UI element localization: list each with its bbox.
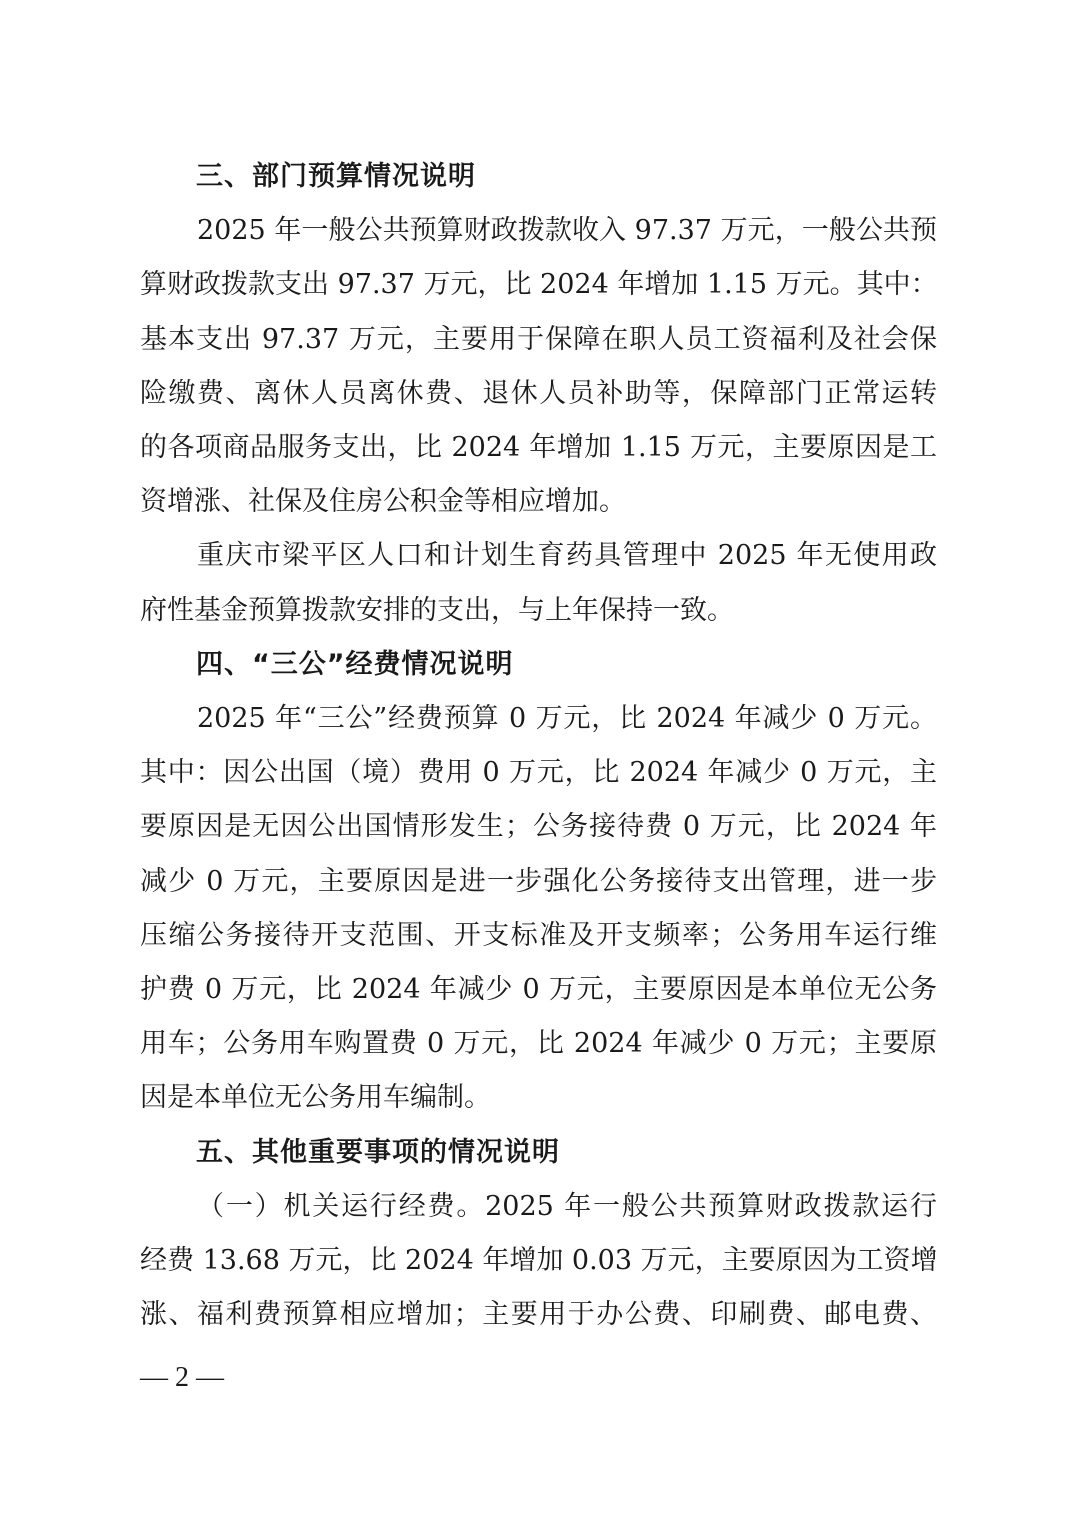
text-line: 重庆市梁平区人口和计划生育药具管理中 2025 年无使用政 (140, 529, 937, 583)
text-line: 减少 0 万元，主要原因是进一步强化公务接待支出管理，进一步 (140, 855, 937, 909)
text-line: 其中：因公出国（境）费用 0 万元，比 2024 年减少 0 万元，主 (140, 746, 937, 800)
text-line: 基本支出 97.37 万元，主要用于保障在职人员工资福利及社会保 (140, 313, 937, 367)
text-line: 涨、福利费预算相应增加；主要用于办公费、印刷费、邮电费、 (140, 1288, 937, 1342)
paragraph: 2025 年“三公”经费预算 0 万元，比 2024 年减少 0 万元。 其中：… (140, 692, 937, 1126)
paragraph: 2025 年一般公共预算财政拨款收入 97.37 万元，一般公共预 算财政拨款支… (140, 204, 937, 529)
section-heading-4: 四、“三公”经费情况说明 (140, 638, 937, 692)
text-line: （一）机关运行经费。2025 年一般公共预算财政拨款运行 (140, 1180, 937, 1234)
paragraph: 重庆市梁平区人口和计划生育药具管理中 2025 年无使用政 府性基金预算拨款安排… (140, 529, 937, 637)
section-heading-3: 三、部门预算情况说明 (140, 150, 937, 204)
text-line: 因是本单位无公务用车编制。 (140, 1071, 937, 1125)
text-line: 算财政拨款支出 97.37 万元，比 2024 年增加 1.15 万元。其中： (140, 258, 937, 312)
text-line: 的各项商品服务支出，比 2024 年增加 1.15 万元，主要原因是工 (140, 421, 937, 475)
page-number: — 2 — (140, 1362, 224, 1394)
section-heading-5: 五、其他重要事项的情况说明 (140, 1126, 937, 1180)
text-line: 护费 0 万元，比 2024 年减少 0 万元，主要原因是本单位无公务 (140, 963, 937, 1017)
text-line: 经费 13.68 万元，比 2024 年增加 0.03 万元，主要原因为工资增 (140, 1234, 937, 1288)
text-line: 用车；公务用车购置费 0 万元，比 2024 年减少 0 万元；主要原 (140, 1017, 937, 1071)
text-line: 压缩公务接待开支范围、开支标准及开支频率；公务用车运行维 (140, 909, 937, 963)
text-line: 要原因是无因公出国情形发生；公务接待费 0 万元，比 2024 年 (140, 800, 937, 854)
text-line: 险缴费、离休人员离休费、退休人员补助等，保障部门正常运转 (140, 367, 937, 421)
document-page: 三、部门预算情况说明 2025 年一般公共预算财政拨款收入 97.37 万元，一… (140, 150, 937, 1342)
paragraph: （一）机关运行经费。2025 年一般公共预算财政拨款运行 经费 13.68 万元… (140, 1180, 937, 1343)
text-line: 资增涨、社保及住房公积金等相应增加。 (140, 475, 937, 529)
text-line: 2025 年一般公共预算财政拨款收入 97.37 万元，一般公共预 (140, 204, 937, 258)
text-line: 2025 年“三公”经费预算 0 万元，比 2024 年减少 0 万元。 (140, 692, 937, 746)
text-line: 府性基金预算拨款安排的支出，与上年保持一致。 (140, 584, 937, 638)
